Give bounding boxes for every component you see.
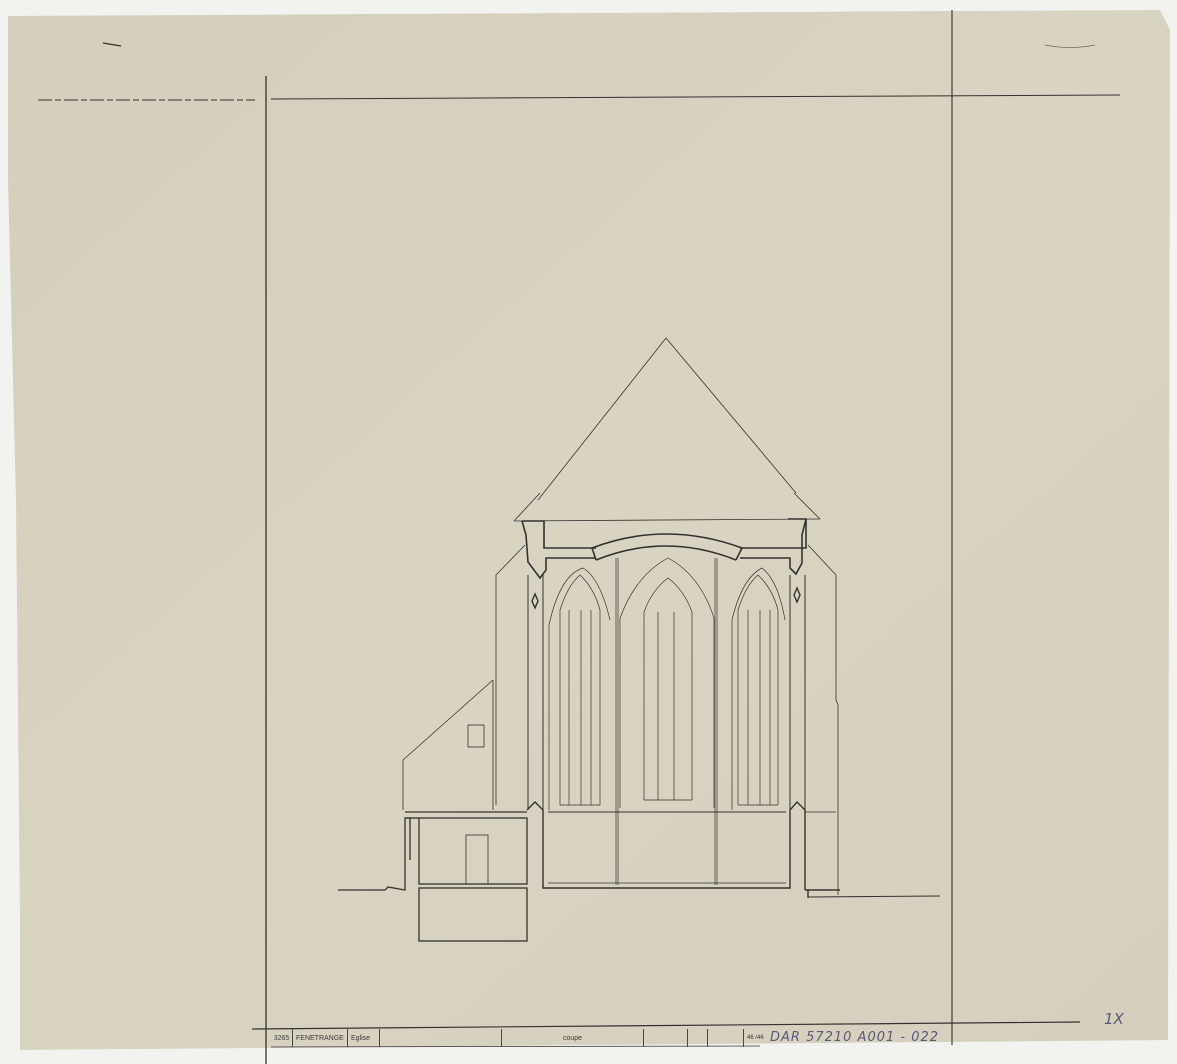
archive-reference-handwritten: DAR 57210 A001 - 022 [770,1030,939,1045]
building-type: Eglise [348,1029,380,1047]
title-block-blank-cell [380,1029,502,1047]
scanned-paper [0,0,1177,1064]
view-type: coupe [502,1029,644,1047]
title-block-blank-cell [688,1029,708,1047]
drawing-sheet: 3265 FENETRANGE Eglise coupe 46 /46 DAR … [0,0,1177,1064]
title-block-blank-cell [708,1029,744,1047]
town-name: FENETRANGE [293,1029,348,1047]
paper-sheet [8,10,1170,1050]
sheet-marker-handwritten: 1X [1104,1010,1124,1028]
title-block: 3265 FENETRANGE Eglise coupe 46 /46 [271,1029,778,1047]
drawing-number: 3265 [271,1029,293,1047]
title-block-blank-cell [644,1029,688,1047]
